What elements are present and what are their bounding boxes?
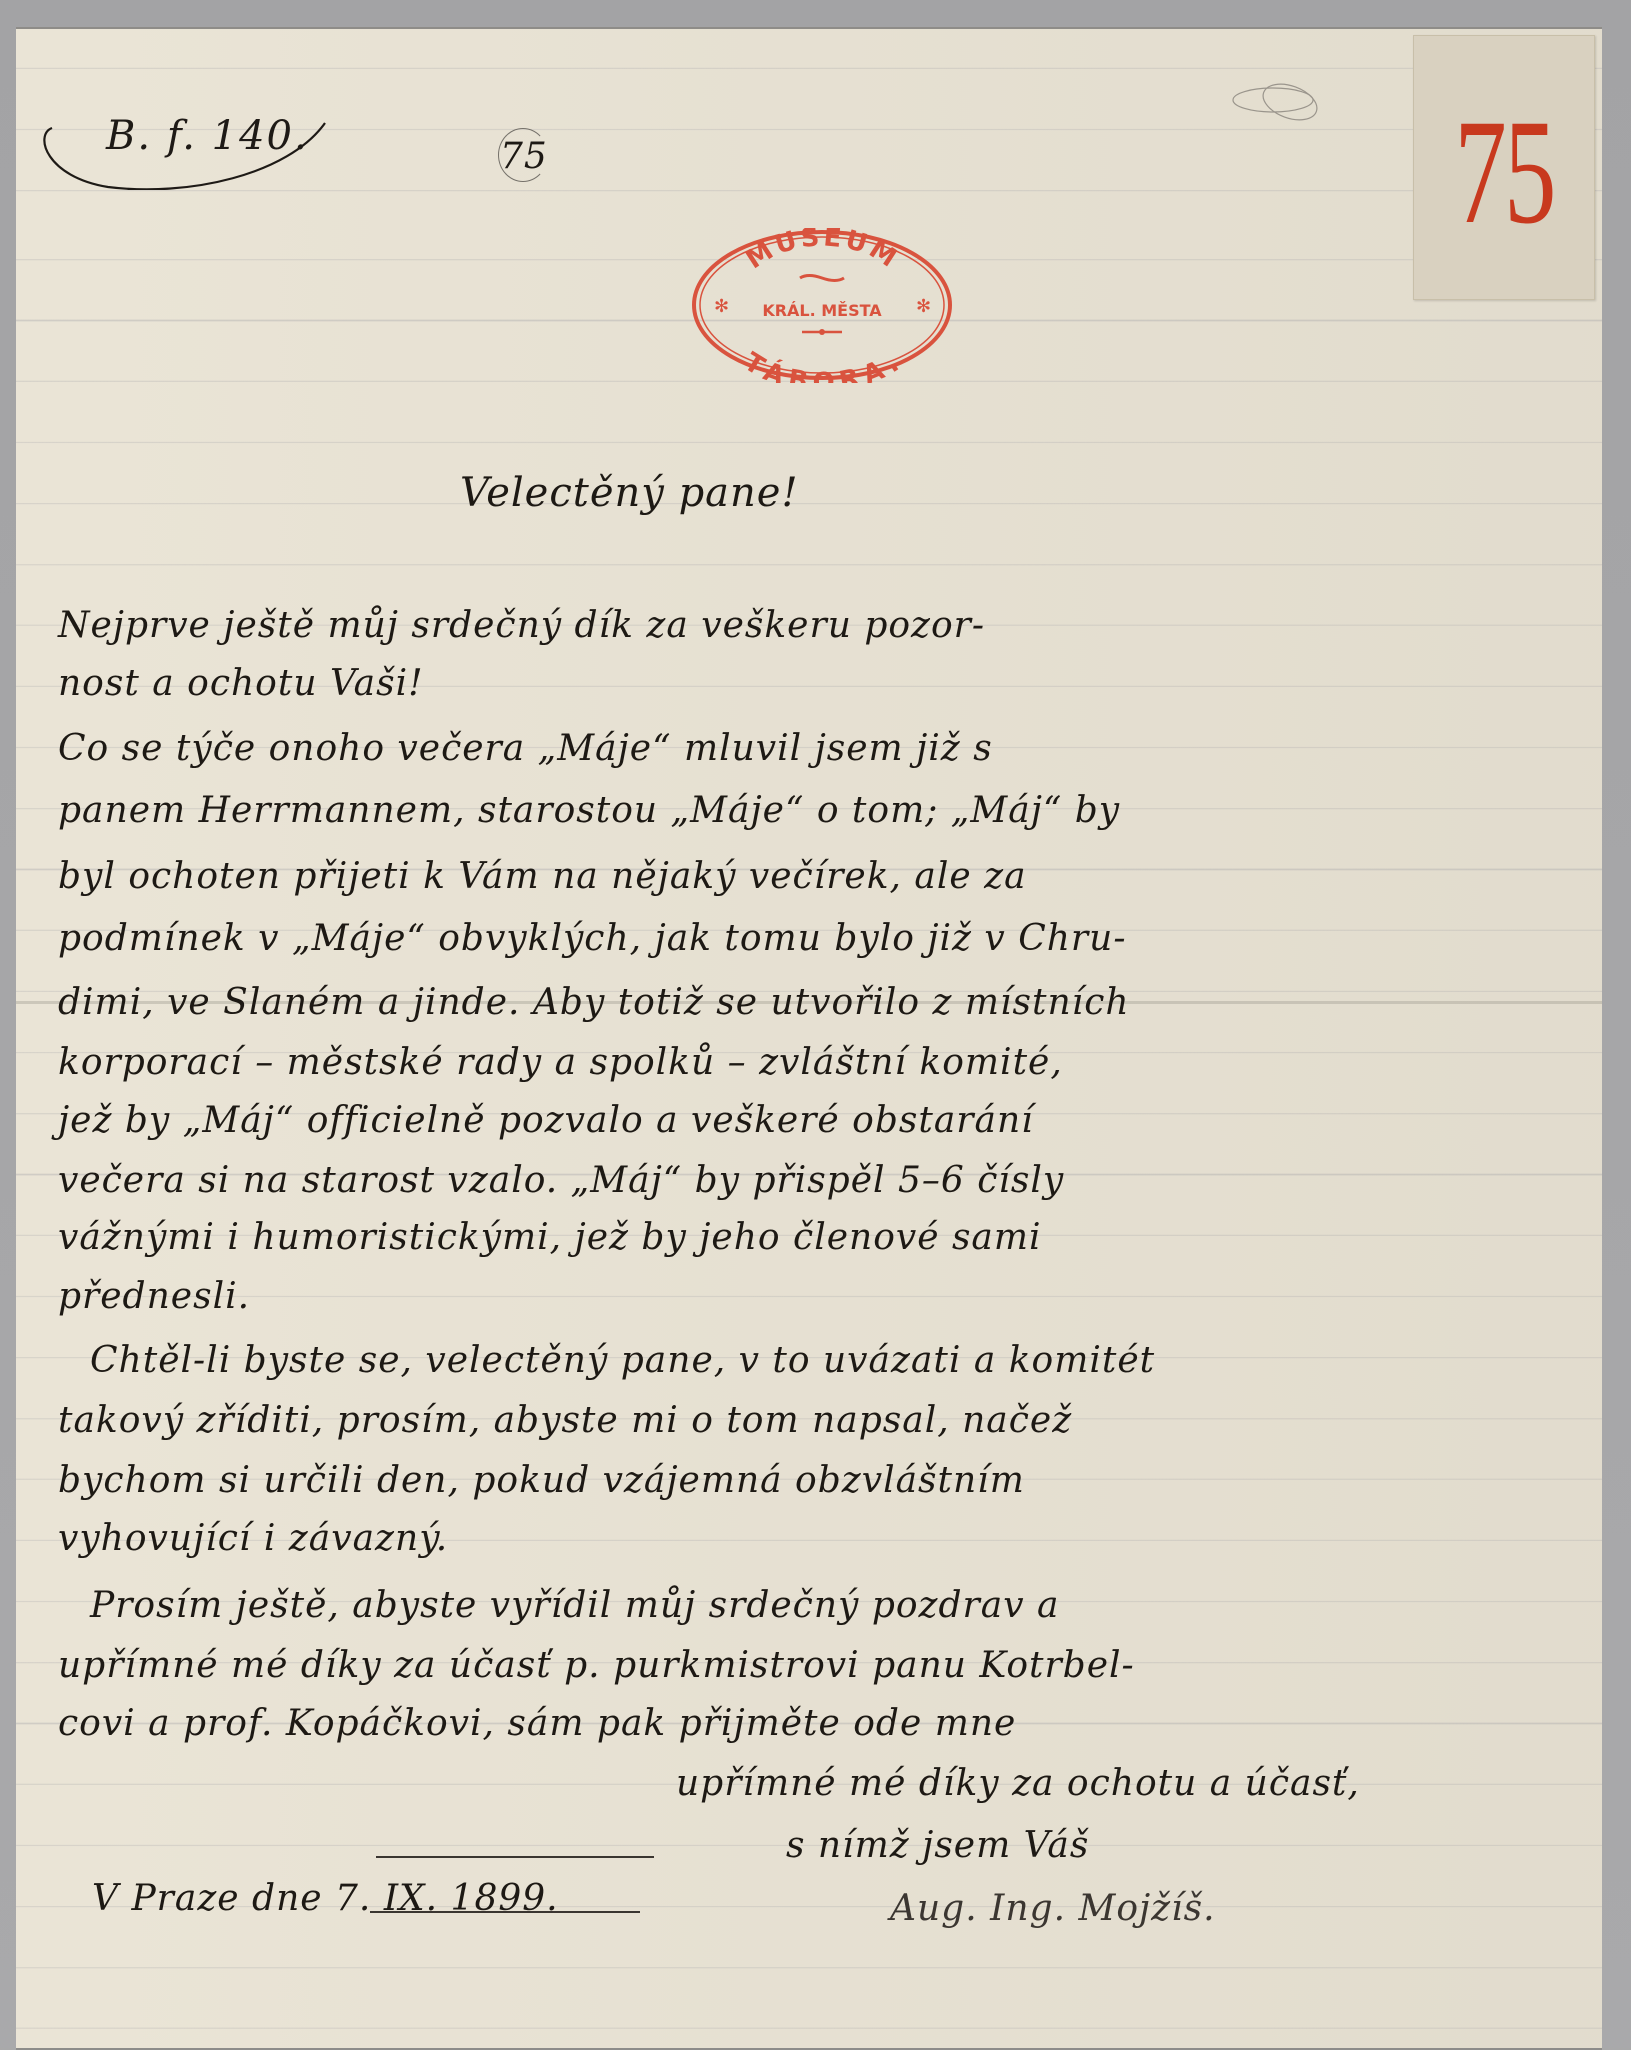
svg-text:TÁBORA.: TÁBORA. <box>739 347 907 383</box>
svg-text:MUSEUM: MUSEUM <box>741 228 904 275</box>
museum-stamp-icon: MUSEUM TÁBORA. KRÁL. MĚSTA ✻ ✻ <box>690 228 955 383</box>
letter-closing-line: s nímž jsem Váš <box>786 1825 1089 1866</box>
svg-text:✻: ✻ <box>916 296 931 317</box>
letter-line: covi a prof. Kopáčkovi, sám pak přijměte… <box>58 1703 1016 1744</box>
letter-line: panem Herrmannem, starostou „Máje“ o tom… <box>58 790 1120 831</box>
pencil-page-number: 75 <box>500 136 548 177</box>
letter-line: takový zříditi, prosím, abyste mi o tom … <box>58 1400 1072 1441</box>
archive-mark-text: B. f. 140. <box>106 113 309 159</box>
letter-line: bychom si určili den, pokud vzájemná obz… <box>58 1460 1025 1501</box>
date-underline-top <box>376 1856 654 1858</box>
letter-closing-line: upřímné mé díky za ochotu a účasť, <box>676 1763 1360 1804</box>
archive-number: 75 <box>1440 97 1567 247</box>
letter-signature: Aug. Ing. Mojžíš. <box>890 1888 1216 1929</box>
letter-line: vyhovující i závazný. <box>58 1518 448 1559</box>
letter-line: korporací – městské rady a spolků – zvlá… <box>58 1042 1063 1083</box>
archive-number-label: 75 <box>1413 35 1595 300</box>
letter-line: Prosím ještě, abyste vyřídil můj srdečný… <box>90 1585 1059 1626</box>
svg-text:✻: ✻ <box>714 296 729 317</box>
letter-salutation: Velectěný pane! <box>460 470 799 516</box>
archive-shelf-mark: B. f. 140. <box>38 105 330 190</box>
letter-line: přednesli. <box>58 1276 250 1317</box>
letter-line: jež by „Máj“ officielně pozvalo a vešker… <box>58 1100 1034 1141</box>
letter-line: nost a ochotu Vaši! <box>58 663 424 704</box>
letter-line: byl ochoten přijeti k Vám na nějaký večí… <box>58 856 1027 897</box>
letter-line: večera si na starost vzalo. „Máj“ by při… <box>58 1160 1064 1201</box>
letter-line: vážnými i humoristickými, jež by jeho čl… <box>58 1217 1042 1258</box>
letter-line: Chtěl-li byste se, velectěný pane, v to … <box>90 1340 1155 1381</box>
letter-line: Co se týče onoho večera „Máje“ mluvil js… <box>58 728 993 769</box>
letter-line: podmínek v „Máje“ obvyklých, jak tomu by… <box>58 918 1127 959</box>
letter-line: dimi, ve Slaném a jinde. Aby totiž se ut… <box>58 982 1130 1023</box>
pencil-doodle-icon <box>1228 80 1338 125</box>
letter-line: Nejprve ještě můj srdečný dík za veškeru… <box>58 605 985 646</box>
date-underline-bottom <box>370 1911 640 1913</box>
letter-line: upřímné mé díky za účasť p. purkmistrovi… <box>58 1645 1135 1686</box>
museum-stamp: MUSEUM TÁBORA. KRÁL. MĚSTA ✻ ✻ <box>690 228 955 383</box>
svg-text:KRÁL. MĚSTA: KRÁL. MĚSTA <box>762 301 882 320</box>
